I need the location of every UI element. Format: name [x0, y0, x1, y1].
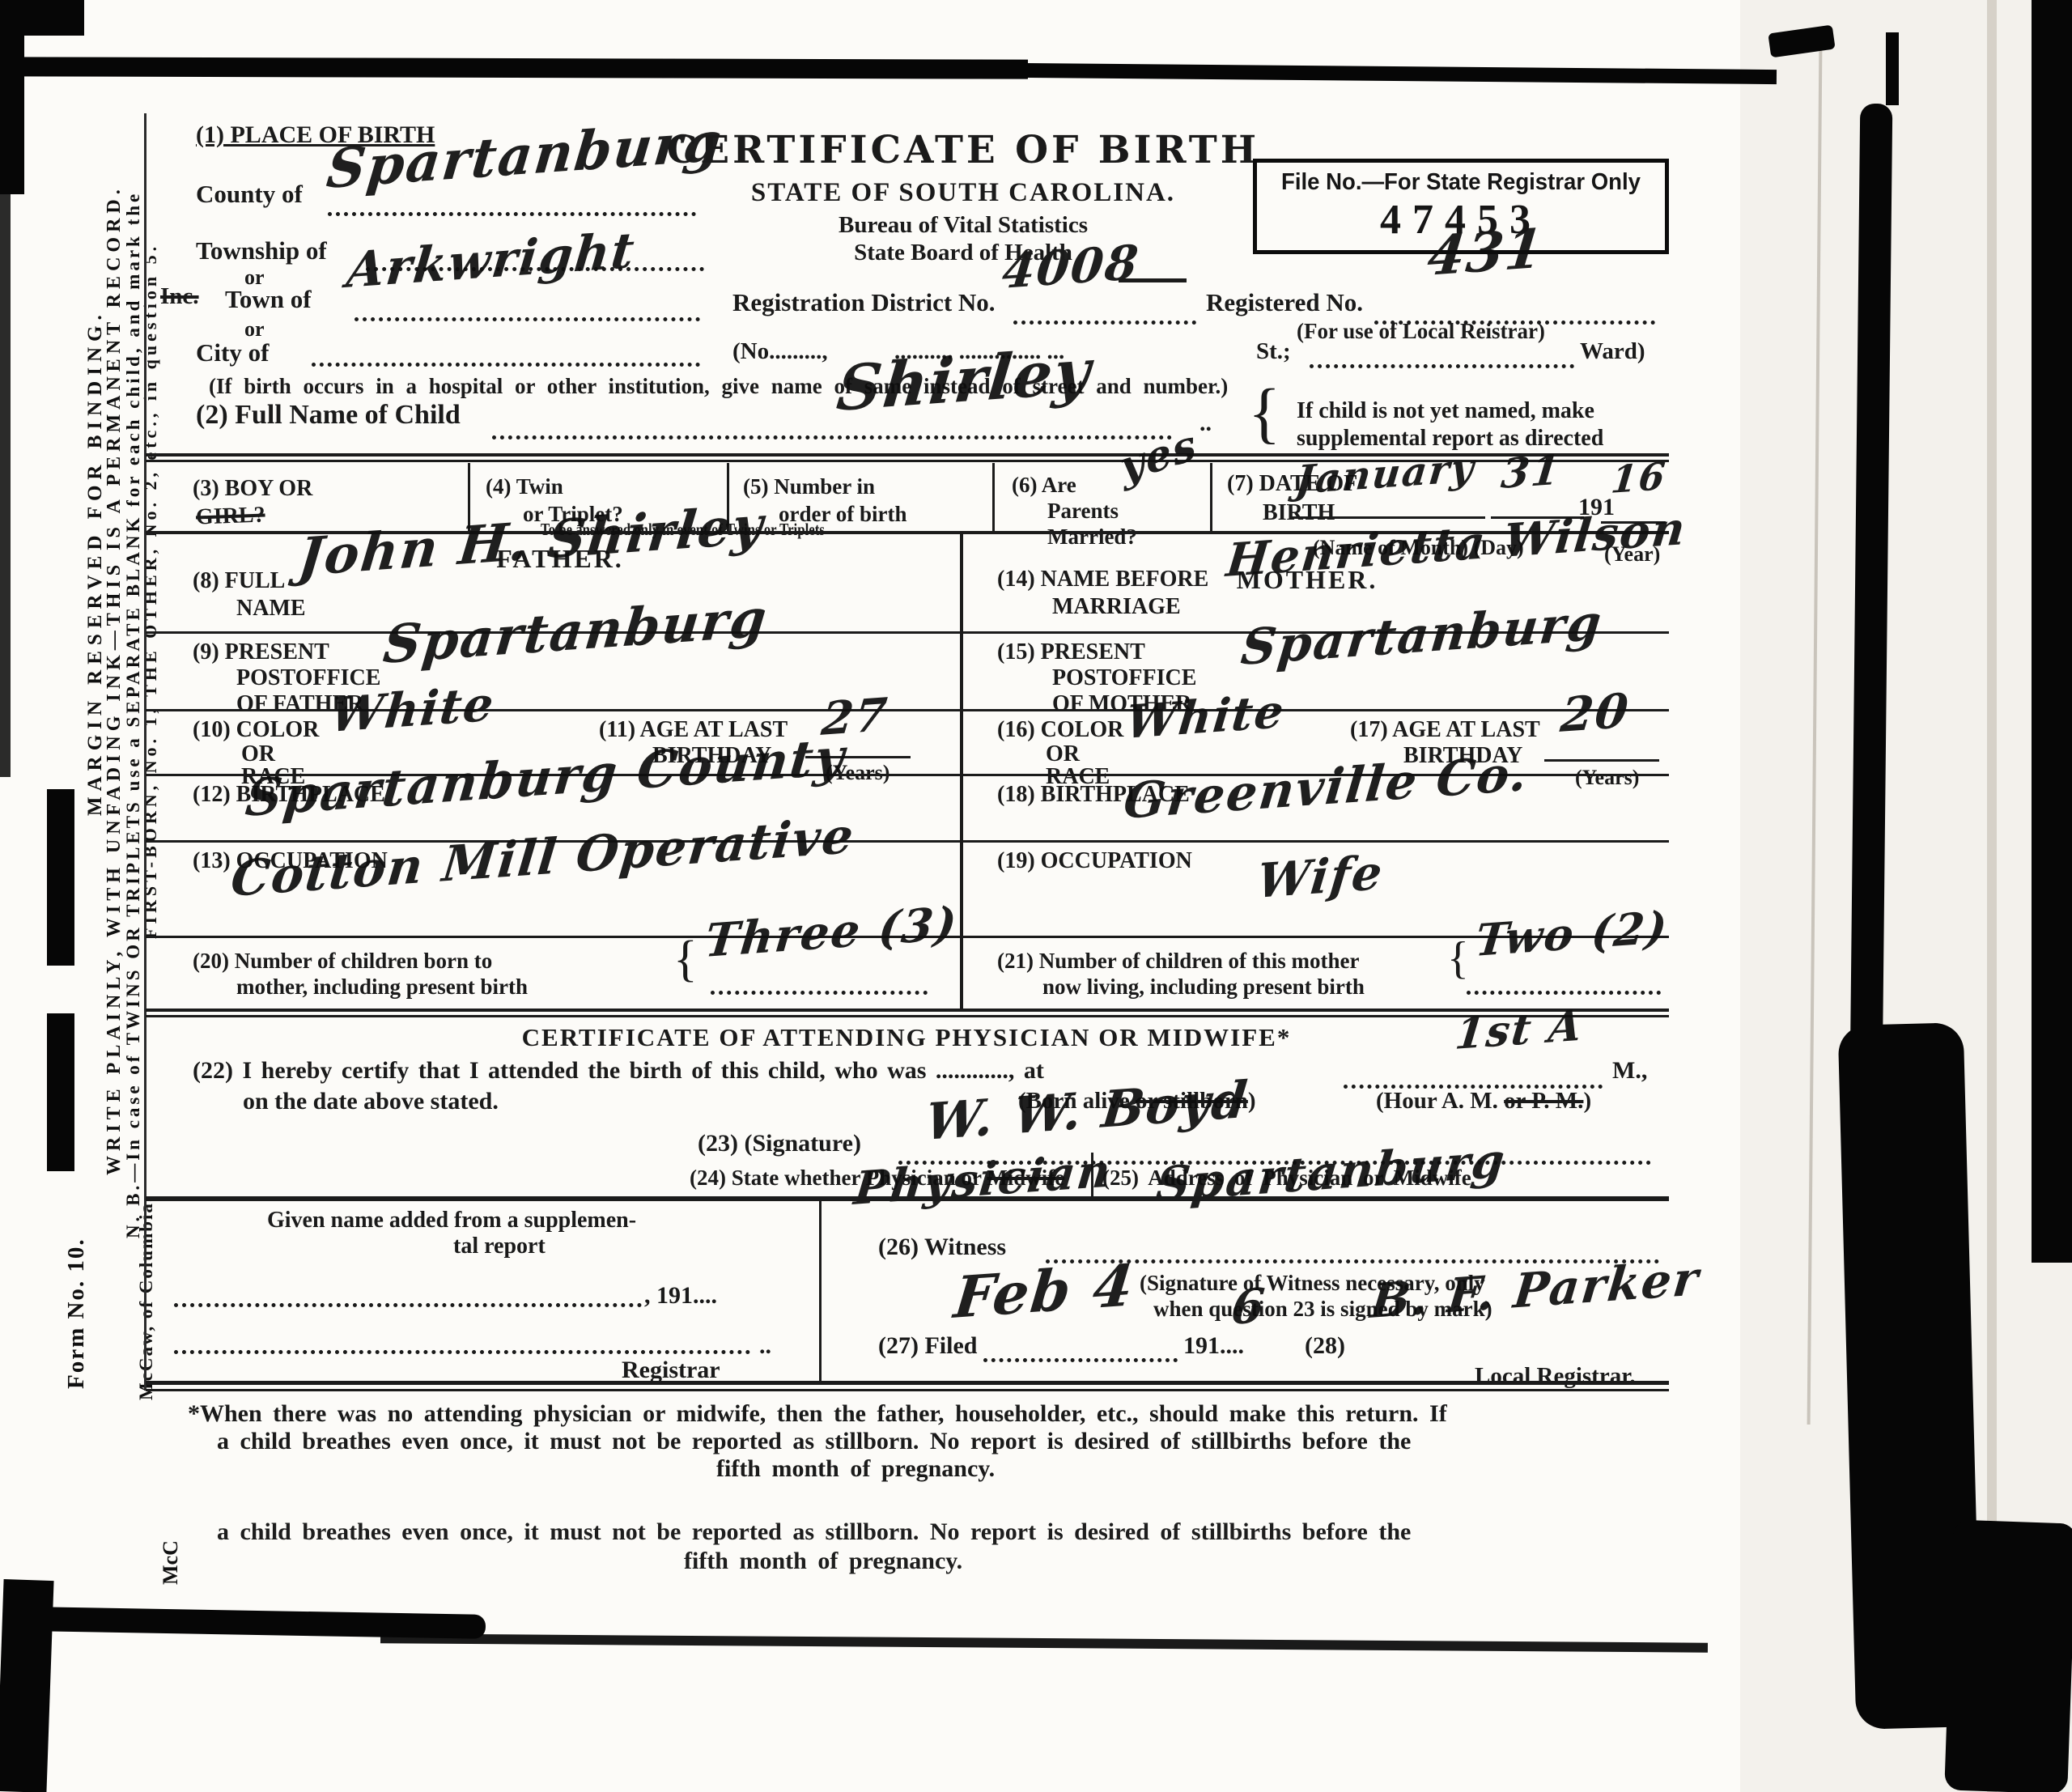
witness-label: (26) Witness	[878, 1234, 1006, 1261]
certificate-title: CERTIFICATE OF BIRTH	[667, 128, 1259, 172]
mother-race-label-line1: (16) COLOR	[997, 717, 1123, 743]
scan-artifact	[0, 194, 11, 777]
grid-divider	[992, 463, 995, 533]
child-name-end-dots: ..	[1199, 410, 1212, 437]
registrar-label: Registrar	[622, 1357, 720, 1384]
margin-form-number: Form No. 10.	[63, 1238, 90, 1389]
signature-label: (23) (Signature)	[698, 1130, 861, 1157]
supplemental-registrar-blank	[174, 1350, 750, 1354]
mother-occupation-value: Wife	[1255, 844, 1386, 909]
children-born-value: Three (3)	[703, 897, 961, 968]
father-name-label-line2: NAME	[236, 596, 306, 622]
rule	[146, 1009, 1669, 1012]
scan-artifact	[1886, 32, 1899, 105]
certify-line: (22) I hereby certify that I attended th…	[193, 1057, 1044, 1085]
children-born-label-line2: mother, including present birth	[236, 975, 528, 1000]
parents-married-label-line3: Married?	[1047, 524, 1137, 550]
hour-am-close: )	[1583, 1088, 1591, 1114]
mother-postoffice-label-line1: (15) PRESENT	[997, 639, 1145, 665]
father-race-value: White	[328, 676, 498, 743]
town-label: Town of	[225, 285, 312, 314]
children-born-label-line1: (20) Number of children born to	[193, 949, 492, 974]
father-race-label-line1: (10) COLOR	[193, 717, 319, 743]
supplemental-date-print: , 191....	[644, 1282, 717, 1310]
mother-maiden-label-line1: (14) NAME BEFORE	[997, 567, 1208, 592]
footnote-line3: fifth month of pregnancy.	[716, 1455, 995, 1483]
county-label: County of	[196, 180, 303, 209]
birth-certificate-scan: Form No. 10. MARGIN RESERVED FOR BINDING…	[0, 0, 2072, 1792]
girl-struck-label: GIRL?	[195, 503, 265, 531]
scan-artifact	[0, 1579, 54, 1792]
hour-am-text: (Hour A. M.	[1376, 1088, 1504, 1114]
children-living-label-line1: (21) Number of children of this mother	[997, 949, 1359, 974]
city-no-label: (No.........,	[732, 338, 828, 365]
scan-artifact	[47, 1013, 74, 1171]
certify-line-m: M.,	[1612, 1057, 1647, 1085]
footnote-line1: *When there was no attending physician o…	[188, 1400, 1447, 1428]
city-street-label: St.;	[1256, 338, 1291, 365]
filed-blank	[983, 1358, 1178, 1362]
filed-year-value: 6	[1229, 1277, 1268, 1336]
file-box-label: File No.—For State Registrar Only	[1267, 169, 1655, 196]
registration-district-blank	[1013, 321, 1196, 325]
mother-age-value: 20	[1558, 682, 1633, 743]
mother-postoffice-label-line2: POSTOFFICE	[1052, 665, 1196, 691]
bureau-line: Bureau of Vital Statistics	[839, 212, 1088, 239]
physician-certificate-title: CERTIFICATE OF ATTENDING PHYSICIAN OR MI…	[522, 1023, 1292, 1052]
mother-age-label-line1: (17) AGE AT LAST	[1350, 717, 1540, 743]
supplemental-label-line1: Given name added from a supplemen-	[267, 1208, 636, 1234]
date-of-birth-label-line2: BIRTH	[1263, 500, 1335, 526]
parents-married-value: yes	[1116, 419, 1200, 493]
ghost-footnote-line1: a child breathes even once, it must not …	[217, 1518, 1411, 1546]
grid-divider	[1210, 463, 1212, 533]
parents-married-label-line2: Parents	[1047, 499, 1119, 524]
mother-birthplace-value: Greenville Co.	[1121, 745, 1531, 830]
supplemental-date-blank	[174, 1303, 642, 1307]
file-number: 47453	[1257, 196, 1665, 244]
children-born-blank	[711, 991, 928, 995]
city-street-blank	[1310, 364, 1574, 368]
father-mother-divider	[960, 531, 963, 1012]
registered-no-label: Registered No.	[1206, 288, 1363, 317]
brace-glyph: {	[673, 931, 698, 988]
margin-fragment: McC	[159, 1540, 183, 1585]
township-label: Township of	[196, 236, 327, 265]
mother-occupation-label: (19) OCCUPATION	[997, 848, 1192, 874]
children-living-label-line2: now living, including present birth	[1042, 975, 1365, 1000]
father-postoffice-value: Spartanburg	[380, 588, 771, 676]
supplemental-label-line2: tal report	[453, 1234, 546, 1259]
mother-age-unit: (Years)	[1575, 766, 1639, 790]
age-underline	[1544, 759, 1659, 762]
mother-race-value: White	[1123, 685, 1288, 749]
brace-glyph: {	[1248, 374, 1280, 452]
pm-struck: or P. M.	[1504, 1088, 1583, 1114]
scan-artifact	[380, 1633, 1708, 1652]
state-line: STATE OF SOUTH CAROLINA.	[751, 178, 1175, 208]
scan-artifact	[47, 789, 74, 966]
registration-district-label: Registration District No.	[732, 288, 996, 317]
registered-no-note: (For use of Local Reistrar)	[1297, 319, 1545, 344]
scan-artifact	[2032, 0, 2072, 1263]
file-number-box: File No.—For State Registrar Only 47453	[1253, 159, 1669, 254]
brace-glyph: {	[1447, 932, 1469, 984]
scan-artifact	[0, 57, 1028, 79]
footnote-line2: a child breathes even once, it must not …	[217, 1428, 1411, 1455]
birth-day-value: 31	[1499, 445, 1564, 498]
filed-year-print: 191....	[1183, 1332, 1244, 1360]
rule	[146, 1015, 1669, 1017]
birth-year-value: 16	[1609, 454, 1669, 502]
father-occupation-value: Cotton Mill Operative	[228, 807, 857, 908]
filed-label: (27) Filed	[878, 1332, 977, 1360]
scan-artifact	[1016, 63, 1777, 84]
children-living-value: Two (2)	[1473, 901, 1671, 966]
child-name-label: (2) Full Name of Child	[196, 400, 461, 431]
supplemental-end-dots: ..	[759, 1332, 771, 1360]
parents-married-label-line1: (6) Are	[1012, 473, 1076, 498]
boy-or-girl-label: (3) BOY OR	[193, 476, 312, 502]
title-dash	[1119, 278, 1187, 282]
local-registrar-label: Local Registrar.	[1475, 1363, 1636, 1390]
scan-artifact	[1944, 1519, 2072, 1792]
city-blank	[312, 363, 700, 367]
ghost-footnote-line2: fifth month of pregnancy.	[684, 1548, 962, 1575]
city-label: City of	[196, 338, 269, 367]
rule-bottom	[146, 1389, 1669, 1391]
bottom-section-divider	[819, 1196, 822, 1382]
filed-date-value: Feb 4	[951, 1251, 1138, 1331]
mother-maiden-label-line2: MARRIAGE	[1052, 594, 1181, 620]
father-postoffice-label-line1: (9) PRESENT	[193, 639, 329, 665]
margin-write-plainly-note: WRITE PLAINLY, WITH UNFADING INK—THIS IS…	[104, 185, 125, 1175]
town-value: Arkwright	[344, 222, 639, 299]
rule-thick	[146, 1196, 1669, 1201]
mother-postoffice-value: Spartanburg	[1238, 594, 1605, 677]
children-living-blank	[1467, 991, 1661, 995]
child-name-blank	[492, 435, 1172, 440]
scan-artifact	[0, 0, 24, 194]
inc-label: Inc.	[160, 283, 199, 310]
margin-printer-credit: McCaw, of Columbia.	[136, 1195, 157, 1400]
certify-line2: on the date above stated.	[243, 1088, 499, 1115]
twin-label-line1: (4) Twin	[486, 474, 563, 499]
father-name-label-line1: (8) FULL	[193, 568, 285, 594]
hour-am-note: (Hour A. M. or P. M.)	[1376, 1088, 1591, 1115]
child-name-value: Shirley	[834, 334, 1095, 425]
child-note-line1: If child is not yet named, make	[1297, 398, 1594, 424]
county-blank	[328, 212, 696, 216]
rule-bottom	[146, 1381, 1669, 1385]
city-ward-label: Ward)	[1580, 338, 1645, 365]
physician-or-midwife-value: Physician	[851, 1144, 1115, 1216]
margin-firstborn-note: FIRST-BORN, No. 1, THE OTHER, No. 2, etc…	[140, 243, 161, 939]
q28-label: (28)	[1305, 1332, 1345, 1360]
board-line: State Board of Health	[854, 240, 1072, 266]
town-blank	[355, 317, 700, 321]
hour-value: 1st A	[1453, 1000, 1586, 1059]
